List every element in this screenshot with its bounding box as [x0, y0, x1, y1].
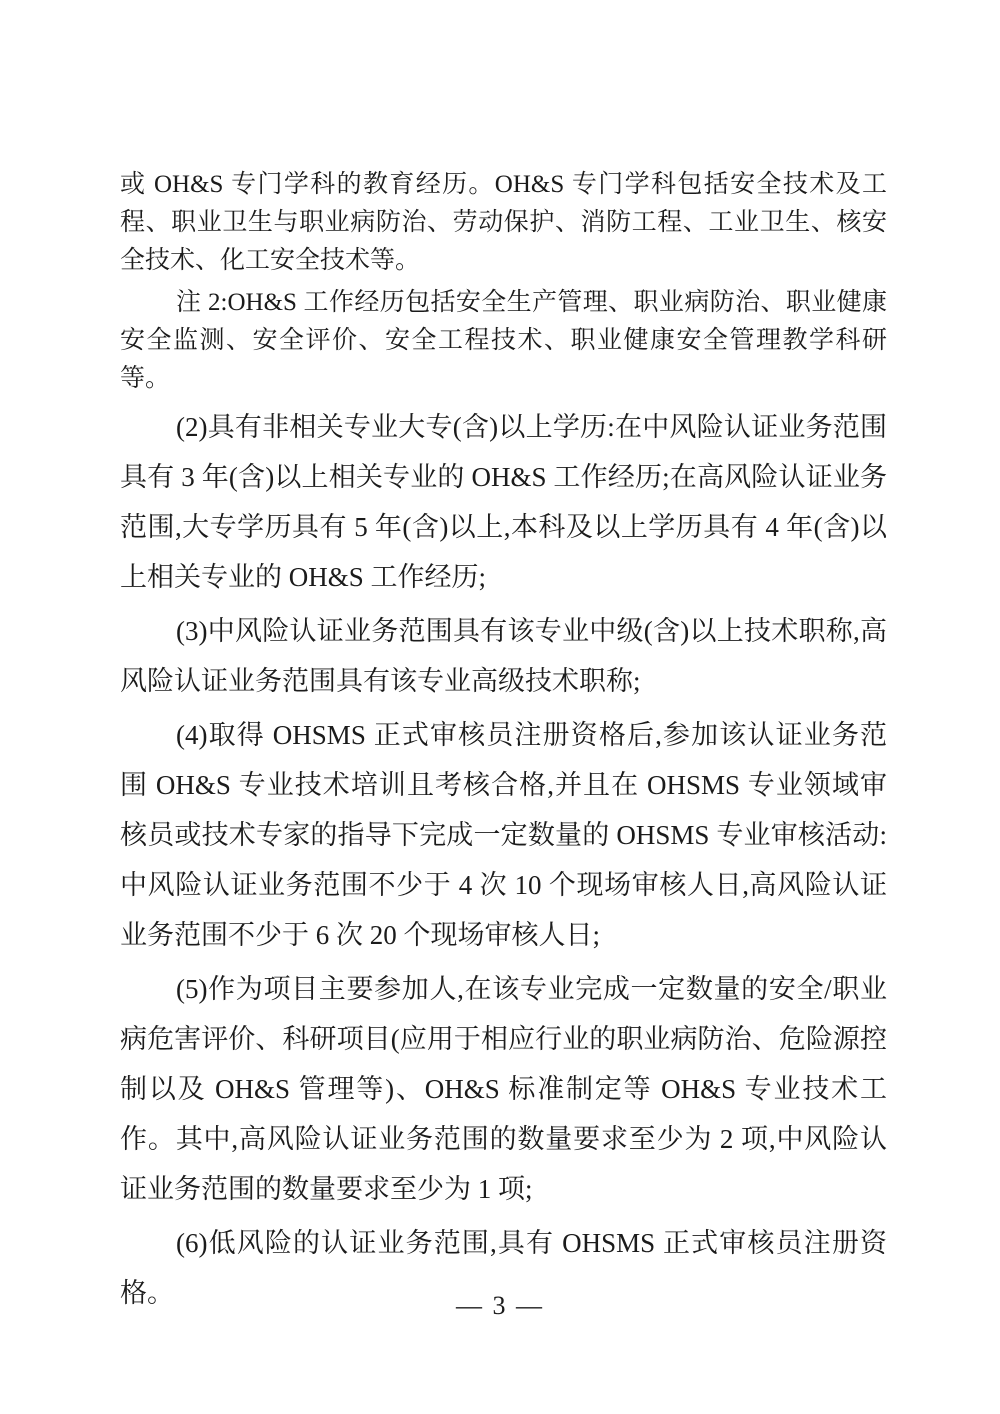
paragraph-note1-continuation: 或 OH&S 专门学科的教育经历。OH&S 专门学科包括安全技术及工程、职业卫生…: [120, 166, 887, 280]
document-page: 或 OH&S 专门学科的教育经历。OH&S 专门学科包括安全技术及工程、职业卫生…: [0, 0, 1000, 1414]
paragraph-note2: 注 2:OH&S 工作经历包括安全生产管理、职业病防治、职业健康安全监测、安全评…: [120, 284, 887, 398]
paragraph-item-4: (4)取得 OHSMS 正式审核员注册资格后,参加该认证业务范围 OH&S 专业…: [120, 710, 887, 960]
page-body-text: 或 OH&S 专门学科的教育经历。OH&S 专门学科包括安全技术及工程、职业卫生…: [0, 0, 1000, 1318]
paragraph-item-3: (3)中风险认证业务范围具有该专业中级(含)以上技术职称,高风险认证业务范围具有…: [120, 606, 887, 706]
page-number: — 3 —: [0, 1288, 1000, 1324]
paragraph-item-2: (2)具有非相关专业大专(含)以上学历:在中风险认证业务范围具有 3 年(含)以…: [120, 402, 887, 602]
document-page-background: { "page": { "paragraphs": [ { "text": "或…: [0, 0, 1000, 1414]
paragraph-item-5: (5)作为项目主要参加人,在该专业完成一定数量的安全/职业病危害评价、科研项目(…: [120, 964, 887, 1214]
